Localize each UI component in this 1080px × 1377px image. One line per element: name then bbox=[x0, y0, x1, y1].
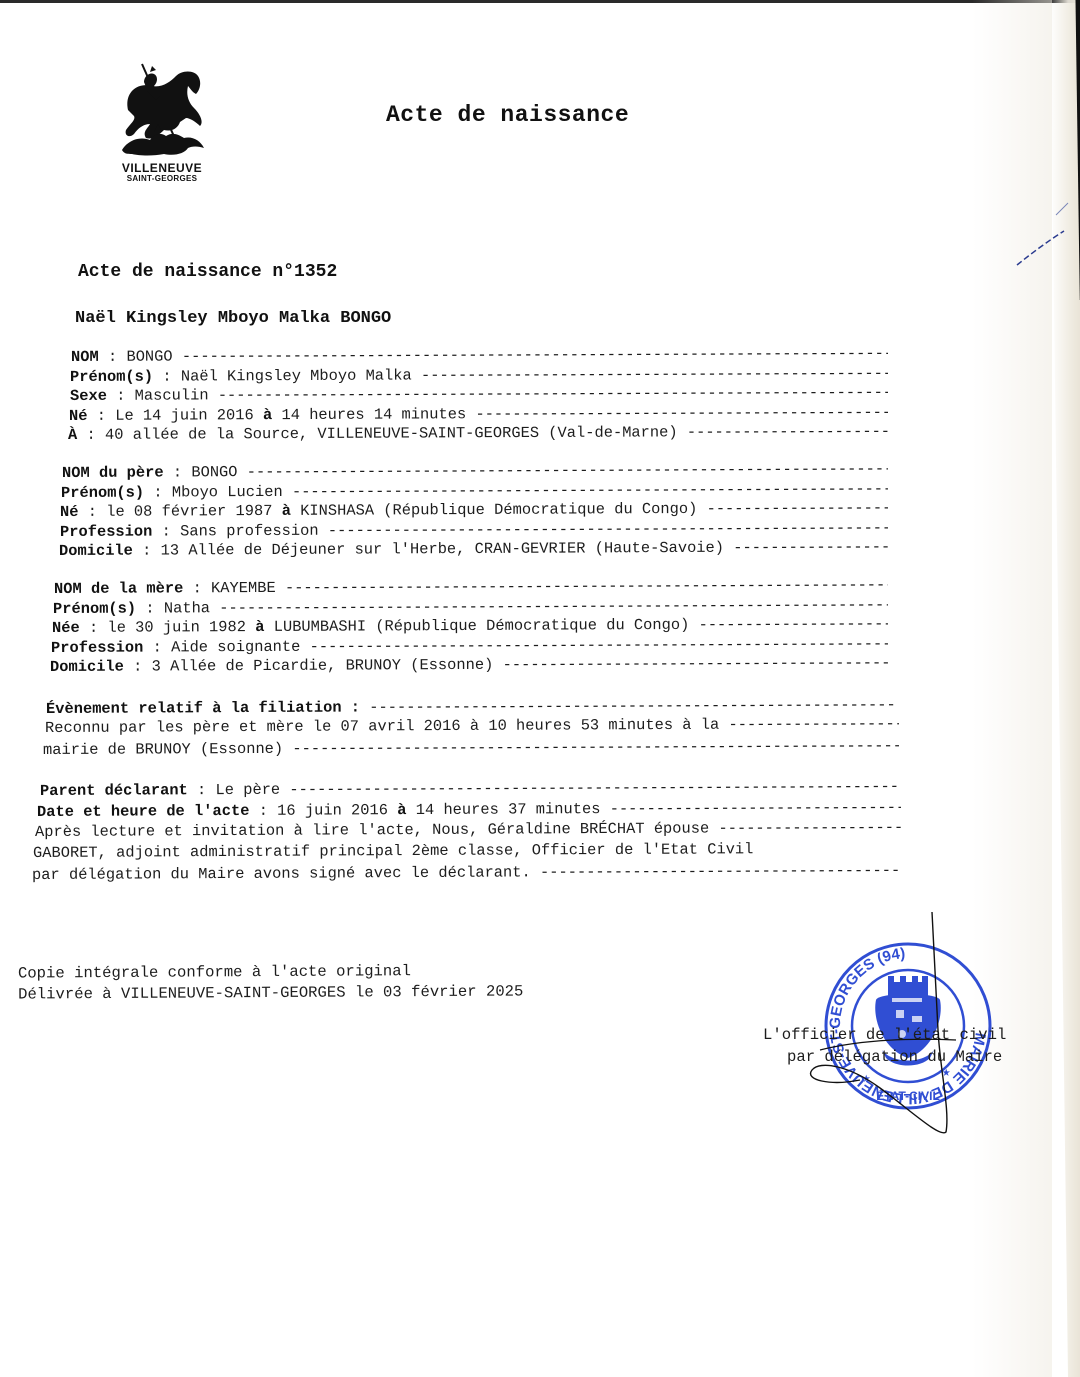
dash-fill: ----------------------------------------… bbox=[327, 518, 888, 539]
field-value: 40 allée de la Source, VILLENEUVE-SAINT-… bbox=[105, 423, 678, 443]
document-title: Acte de naissance bbox=[386, 102, 629, 128]
dash-fill: ----------------------------------------… bbox=[610, 798, 901, 818]
parent-declarant-line: Parent déclarant : Le père -------------… bbox=[40, 777, 900, 801]
field-value: le 08 février 1987 à KINSHASA (Républiqu… bbox=[107, 500, 698, 521]
parent-declarant-label: Parent déclarant bbox=[40, 781, 188, 800]
declaration-text-2: GABORET, adjoint administratif principal… bbox=[33, 839, 901, 863]
logo-text-saint-georges: SAINT-GEORGES bbox=[110, 174, 214, 183]
stamp-star-left-icon: ★ bbox=[862, 1071, 871, 1087]
dash-fill: ----------------------------------------… bbox=[475, 403, 888, 423]
saint-george-dragon-icon bbox=[114, 62, 210, 160]
field-value: 13 Allée de Déjeuner sur l'Herbe, CRAN-G… bbox=[160, 539, 723, 560]
field-label: Profession bbox=[51, 638, 143, 656]
field-value: 3 Allée de Picardie, BRUNOY (Essonne) bbox=[152, 656, 494, 676]
officer-signature-block: L'officier de l'état civil par délégatio… bbox=[763, 1024, 1043, 1068]
act-time: 14 heures 37 minutes bbox=[406, 800, 600, 819]
dash-fill: ----------------------------------------… bbox=[310, 634, 888, 655]
field-value: KAYEMBE bbox=[211, 579, 276, 597]
field-value: Le 14 juin 2016 à 14 heures 14 minutes bbox=[115, 405, 466, 425]
dash-fill: ----------------------------------------… bbox=[699, 615, 888, 634]
act-datetime-label: Date et heure de l'acte bbox=[37, 802, 250, 821]
field-label: Prénom(s) bbox=[61, 483, 144, 501]
field-label: Né bbox=[69, 406, 88, 424]
certified-copy-note: Copie intégrale conforme à l'acte origin… bbox=[18, 960, 524, 1005]
dash-fill: ----------------------------------------… bbox=[289, 777, 900, 798]
dash-fill: ----------------------------------------… bbox=[292, 479, 888, 500]
dash-fill: ----------------------------------------… bbox=[219, 595, 888, 616]
scan-border-top bbox=[0, 0, 1080, 3]
declaration-text-3-content: par délégation du Maire avons signé avec… bbox=[32, 863, 531, 884]
filiation-text-1: Reconnu par les père et mère le 07 avril… bbox=[45, 716, 719, 737]
dash-fill: ----------------------------------------… bbox=[540, 861, 900, 881]
field-value: Naël Kingsley Mboyo Malka bbox=[181, 366, 412, 385]
dash-fill: ----------------------------------------… bbox=[421, 364, 888, 384]
officer-delegation: par délégation du Maire bbox=[763, 1046, 1043, 1068]
filiation-line-1: Reconnu par les père et mère le 07 avril… bbox=[45, 715, 899, 738]
field-value: BONGO bbox=[191, 463, 237, 481]
dash-fill: ----------------------------------------… bbox=[687, 422, 888, 441]
child-field-nom: NOM : BONGO ----------------------------… bbox=[71, 344, 888, 367]
stamp-bottom-text: ÉTAT-CIVIL bbox=[876, 1088, 940, 1103]
field-value: Sans profession bbox=[180, 521, 319, 540]
field-label: À bbox=[68, 426, 77, 444]
dash-fill: ----------------------------------------… bbox=[733, 538, 888, 557]
field-label: Sexe bbox=[70, 387, 107, 405]
declaration-text-3: par délégation du Maire avons signé avec… bbox=[32, 861, 900, 885]
mother-field-domicile: Domicile : 3 Allée de Picardie, BRUNOY (… bbox=[50, 654, 888, 677]
child-full-name: Naël Kingsley Mboyo Malka BONGO bbox=[75, 309, 391, 328]
declaration-text-1: Après lecture et invitation à lire l'act… bbox=[35, 818, 901, 842]
field-label: NOM de la mère bbox=[54, 579, 183, 598]
logo-text-villeneuve: VILLENEUVE bbox=[110, 162, 214, 174]
field-label: Domicile bbox=[50, 658, 124, 676]
field-value: le 30 juin 1982 à LUBUMBASHI (République… bbox=[108, 616, 690, 637]
filiation-label: Évènement relatif à la filiation bbox=[46, 699, 342, 718]
act-date: 16 juin 2016 bbox=[277, 801, 397, 820]
field-value: Masculin bbox=[134, 386, 208, 404]
field-value: Natha bbox=[164, 599, 210, 617]
father-field-domicile: Domicile : 13 Allée de Déjeuner sur l'He… bbox=[59, 538, 888, 561]
field-label: NOM bbox=[71, 348, 99, 366]
field-label: Prénom(s) bbox=[70, 367, 153, 385]
field-label: Prénom(s) bbox=[53, 599, 136, 617]
act-number-heading: Acte de naissance n°1352 bbox=[78, 262, 337, 282]
field-label: Domicile bbox=[59, 542, 133, 560]
dash-fill: ----------------------------------------… bbox=[217, 383, 888, 404]
delivery-text: Délivrée à VILLENEUVE-SAINT-GEORGES le 0… bbox=[18, 981, 523, 1005]
field-value: Aide soignante bbox=[171, 637, 300, 656]
parent-declarant-value: Le père bbox=[215, 781, 280, 799]
child-field-à: À : 40 allée de la Source, VILLENEUVE-SA… bbox=[68, 422, 888, 445]
father-field-né: Né : le 08 février 1987 à KINSHASA (Répu… bbox=[60, 499, 888, 522]
dash-fill: ----------------------------------------… bbox=[292, 737, 899, 758]
field-label: Profession bbox=[60, 522, 152, 540]
filiation-line-2: mairie de BRUNOY (Essonne) -------------… bbox=[43, 737, 899, 760]
dash-fill: ----------------------------------------… bbox=[182, 344, 888, 365]
dash-fill: ----------------------------------------… bbox=[369, 696, 896, 717]
officer-title: L'officier de l'état civil bbox=[763, 1024, 1043, 1046]
field-value: BONGO bbox=[126, 348, 172, 366]
filiation-text-2: mairie de BRUNOY (Essonne) bbox=[43, 740, 283, 759]
pen-stroke-mark bbox=[1012, 195, 1072, 270]
field-value: Mboyo Lucien bbox=[172, 482, 283, 501]
dash-fill: ----------------------------------------… bbox=[707, 499, 888, 518]
field-label: Né bbox=[60, 503, 79, 521]
declaration-text-2-content: GABORET, adjoint administratif principal… bbox=[33, 840, 753, 862]
city-logo: VILLENEUVE SAINT-GEORGES bbox=[110, 62, 214, 183]
dash-fill: ----------------------------------------… bbox=[718, 818, 901, 837]
field-label: NOM du père bbox=[62, 464, 164, 482]
field-label: Née bbox=[52, 619, 80, 637]
dash-fill: ----------------------------------------… bbox=[503, 654, 888, 674]
dash-fill: ----------------------------------------… bbox=[285, 576, 888, 597]
child-field-sexe: Sexe : Masculin ------------------------… bbox=[70, 383, 888, 406]
dash-fill: ----------------------------------------… bbox=[728, 715, 899, 734]
dash-fill: ----------------------------------------… bbox=[247, 460, 888, 481]
declaration-text-1-content: Après lecture et invitation à lire l'act… bbox=[35, 819, 709, 841]
father-field-nom-du-père: NOM du père : BONGO --------------------… bbox=[62, 460, 888, 483]
